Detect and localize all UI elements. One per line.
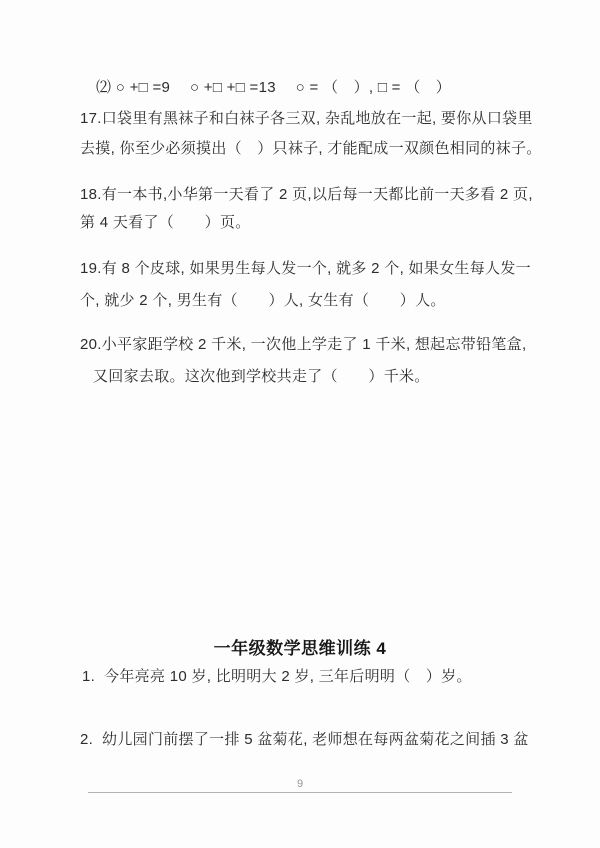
problem-20-line2: 又回家去取。这次他到学校共走了（ ）千米。 [93, 368, 430, 386]
problem-17-line1: 17.口袋里有黑袜子和白袜子各三双, 杂乱地放在一起, 要你从口袋里 [80, 110, 533, 128]
problem-19-line1: 19.有 8 个皮球, 如果男生每人发一个, 就多 2 个, 如果女生每人发一 [80, 260, 531, 278]
problem-20-line1: 20.小平家距学校 2 千米, 一次他上学走了 1 千米, 想起忘带铅笔盒, [80, 336, 526, 354]
section-title: 一年级数学思维训练 4 [0, 634, 600, 659]
problem-17-line2: 去摸, 你至少必须摸出（ ）只袜子, 才能配成一双颜色相同的袜子。 [80, 140, 542, 158]
footer-divider [88, 792, 512, 793]
document-page: ⑵ ○ +□ =9 ○ +□ +□ =13 ○ = （ ）, □ = （ ） 1… [0, 0, 600, 848]
page-number: 9 [0, 778, 600, 790]
problem-18-line1: 18.有一本书,小华第一天看了 2 页,以后每一天都比前一天多看 2 页, [80, 186, 533, 204]
problem-2-line: 2. 幼儿园门前摆了一排 5 盆菊花, 老师想在每两盆菊花之间插 3 盆 [80, 731, 529, 749]
problem-16-part2-equation: ⑵ ○ +□ =9 ○ +□ +□ =13 ○ = （ ）, □ = （ ） [96, 79, 451, 97]
problem-19-line2: 个, 就少 2 个, 男生有（ ）人, 女生有（ ）人。 [80, 292, 446, 310]
problem-1-line: 1. 今年亮亮 10 岁, 比明明大 2 岁, 三年后明明（ ）岁。 [82, 668, 472, 686]
problem-18-line2: 第 4 天看了（ ）页。 [80, 214, 251, 232]
